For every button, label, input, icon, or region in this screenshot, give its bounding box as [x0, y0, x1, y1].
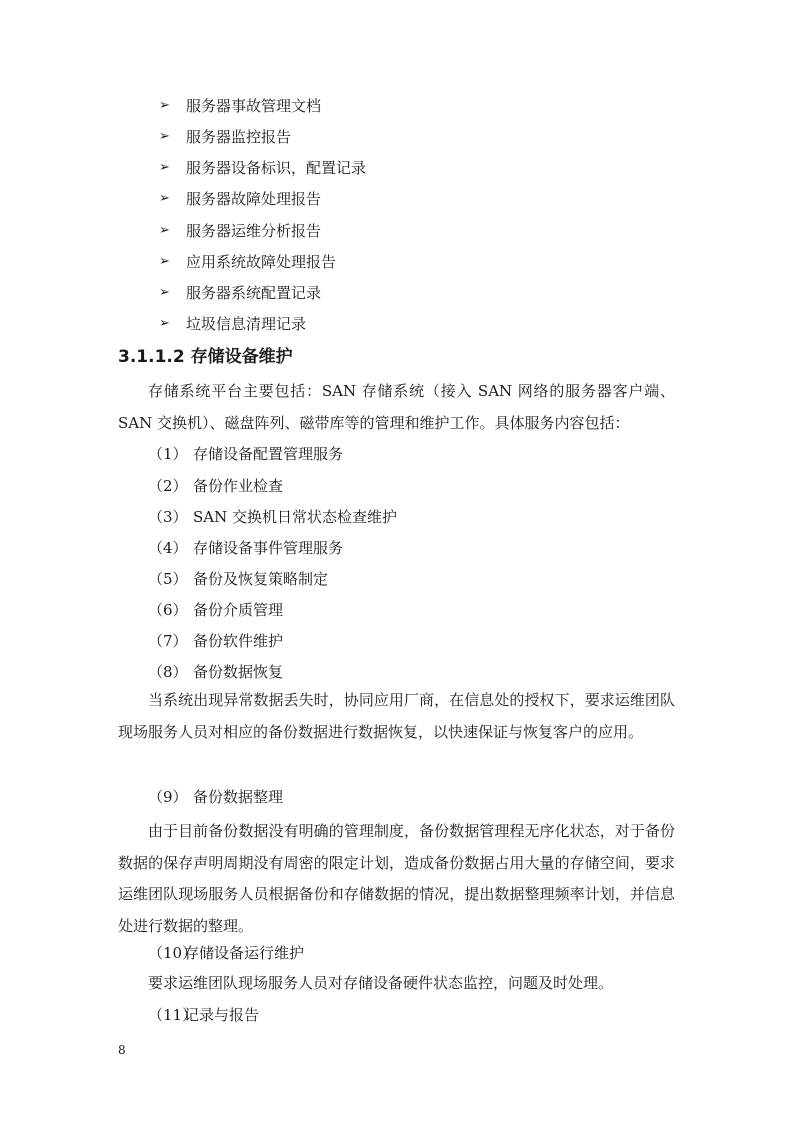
arrow-bullet-icon: ➢	[159, 314, 170, 334]
item-number: （4）	[148, 538, 188, 558]
service-item: 备份数据恢复	[193, 662, 283, 682]
page-number: 8	[118, 1042, 126, 1058]
bullet-item: 服务器运维分析报告	[186, 221, 321, 241]
service-item: 备份介质管理	[193, 600, 283, 620]
arrow-bullet-icon: ➢	[159, 283, 170, 303]
item-number: （3）	[148, 507, 188, 527]
item-number: （6）	[148, 600, 188, 620]
arrow-bullet-icon: ➢	[159, 96, 170, 116]
service-item: 备份软件维护	[193, 631, 283, 651]
service-item: 记录与报告	[184, 1005, 259, 1025]
document-page: ➢ 服务器事故管理文档 ➢ 服务器监控报告 ➢ 服务器设备标识，配置记录 ➢ 服…	[0, 0, 793, 1122]
recovery-paragraph: 当系统出现异常数据丢失时，协同应用厂商，在信息处的授权下，要求运维团队现场服务人…	[118, 685, 675, 748]
item-number: （5）	[148, 569, 188, 589]
bullet-item: 服务器事故管理文档	[186, 96, 321, 116]
arrow-bullet-icon: ➢	[159, 158, 170, 178]
item-number: （1）	[148, 444, 188, 464]
service-item: 存储设备运行维护	[184, 943, 304, 963]
section-heading: 3.1.1.2 存储设备维护	[118, 346, 293, 368]
bullet-item: 服务器监控报告	[186, 127, 291, 147]
service-item: SAN 交换机日常状态检查维护	[193, 507, 397, 527]
item-number: （7）	[148, 631, 188, 651]
service-item: 备份数据整理	[193, 787, 283, 807]
arrow-bullet-icon: ➢	[159, 127, 170, 147]
item-number: （9）	[148, 787, 188, 807]
service-item: 存储设备事件管理服务	[193, 538, 343, 558]
item-number: （2）	[148, 476, 188, 496]
intro-paragraph: 存储系统平台主要包括：SAN 存储系统（接入 SAN 网络的服务器客户端、SAN…	[118, 376, 675, 439]
bullet-item: 服务器设备标识，配置记录	[186, 158, 366, 178]
service-item: 存储设备配置管理服务	[193, 444, 343, 464]
item-number: （8）	[148, 662, 188, 682]
bullet-item: 服务器故障处理报告	[186, 189, 321, 209]
service-item: 备份作业检查	[193, 476, 283, 496]
bullet-item: 垃圾信息清理记录	[186, 314, 306, 334]
bullet-item: 应用系统故障处理报告	[186, 252, 336, 272]
bullet-item: 服务器系统配置记录	[186, 283, 321, 303]
arrow-bullet-icon: ➢	[159, 252, 170, 272]
maintenance-paragraph: 要求运维团队现场服务人员对存储设备硬件状态监控，问题及时处理。	[118, 968, 675, 1000]
organize-paragraph: 由于目前备份数据没有明确的管理制度，备份数据管理程无序化状态，对于备份数据的保存…	[118, 816, 675, 942]
service-item: 备份及恢复策略制定	[193, 569, 328, 589]
arrow-bullet-icon: ➢	[159, 221, 170, 241]
arrow-bullet-icon: ➢	[159, 189, 170, 209]
